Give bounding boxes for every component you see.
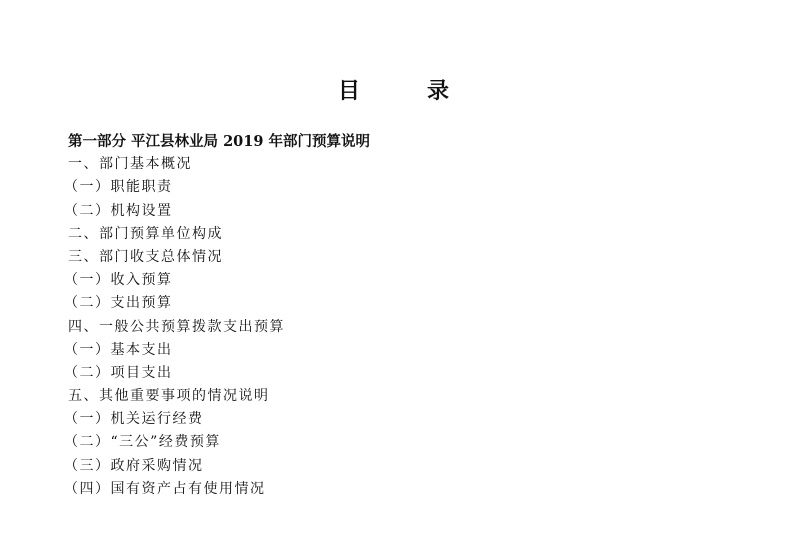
toc-item-5-3: （三）政府采购情况 bbox=[64, 455, 728, 478]
page-title: 目 录 bbox=[0, 76, 785, 106]
toc-item-section-2: 二、部门预算单位构成 bbox=[68, 223, 728, 246]
toc-item-4-1: （一）基本支出 bbox=[64, 339, 728, 362]
toc-item-section-1: 一、部门基本概况 bbox=[68, 153, 728, 176]
toc-part-heading: 第一部分 平江县林业局 2019 年部门预算说明 bbox=[68, 130, 728, 153]
title-char-lu: 录 bbox=[427, 76, 449, 106]
toc-item-section-3: 三、部门收支总体情况 bbox=[68, 246, 728, 269]
toc-item-5-1: （一）机关运行经费 bbox=[64, 408, 728, 431]
toc-item-4-2: （二）项目支出 bbox=[64, 362, 728, 385]
toc-item-section-5: 五、其他重要事项的情况说明 bbox=[68, 385, 728, 408]
toc-item-5-2: （二）“三公”经费预算 bbox=[64, 431, 728, 454]
title-char-mu: 目 bbox=[338, 76, 360, 106]
toc-item-1-1: （一）职能职责 bbox=[64, 176, 728, 199]
toc-item-3-1: （一）收入预算 bbox=[64, 269, 728, 292]
toc-item-1-2: （二）机构设置 bbox=[64, 200, 728, 223]
toc-item-5-4: （四）国有资产占有使用情况 bbox=[64, 478, 728, 501]
toc-item-3-2: （二）支出预算 bbox=[64, 292, 728, 315]
toc-item-section-4: 四、一般公共预算拨款支出预算 bbox=[68, 316, 728, 339]
table-of-contents: 第一部分 平江县林业局 2019 年部门预算说明 一、部门基本概况 （一）职能职… bbox=[68, 130, 728, 501]
